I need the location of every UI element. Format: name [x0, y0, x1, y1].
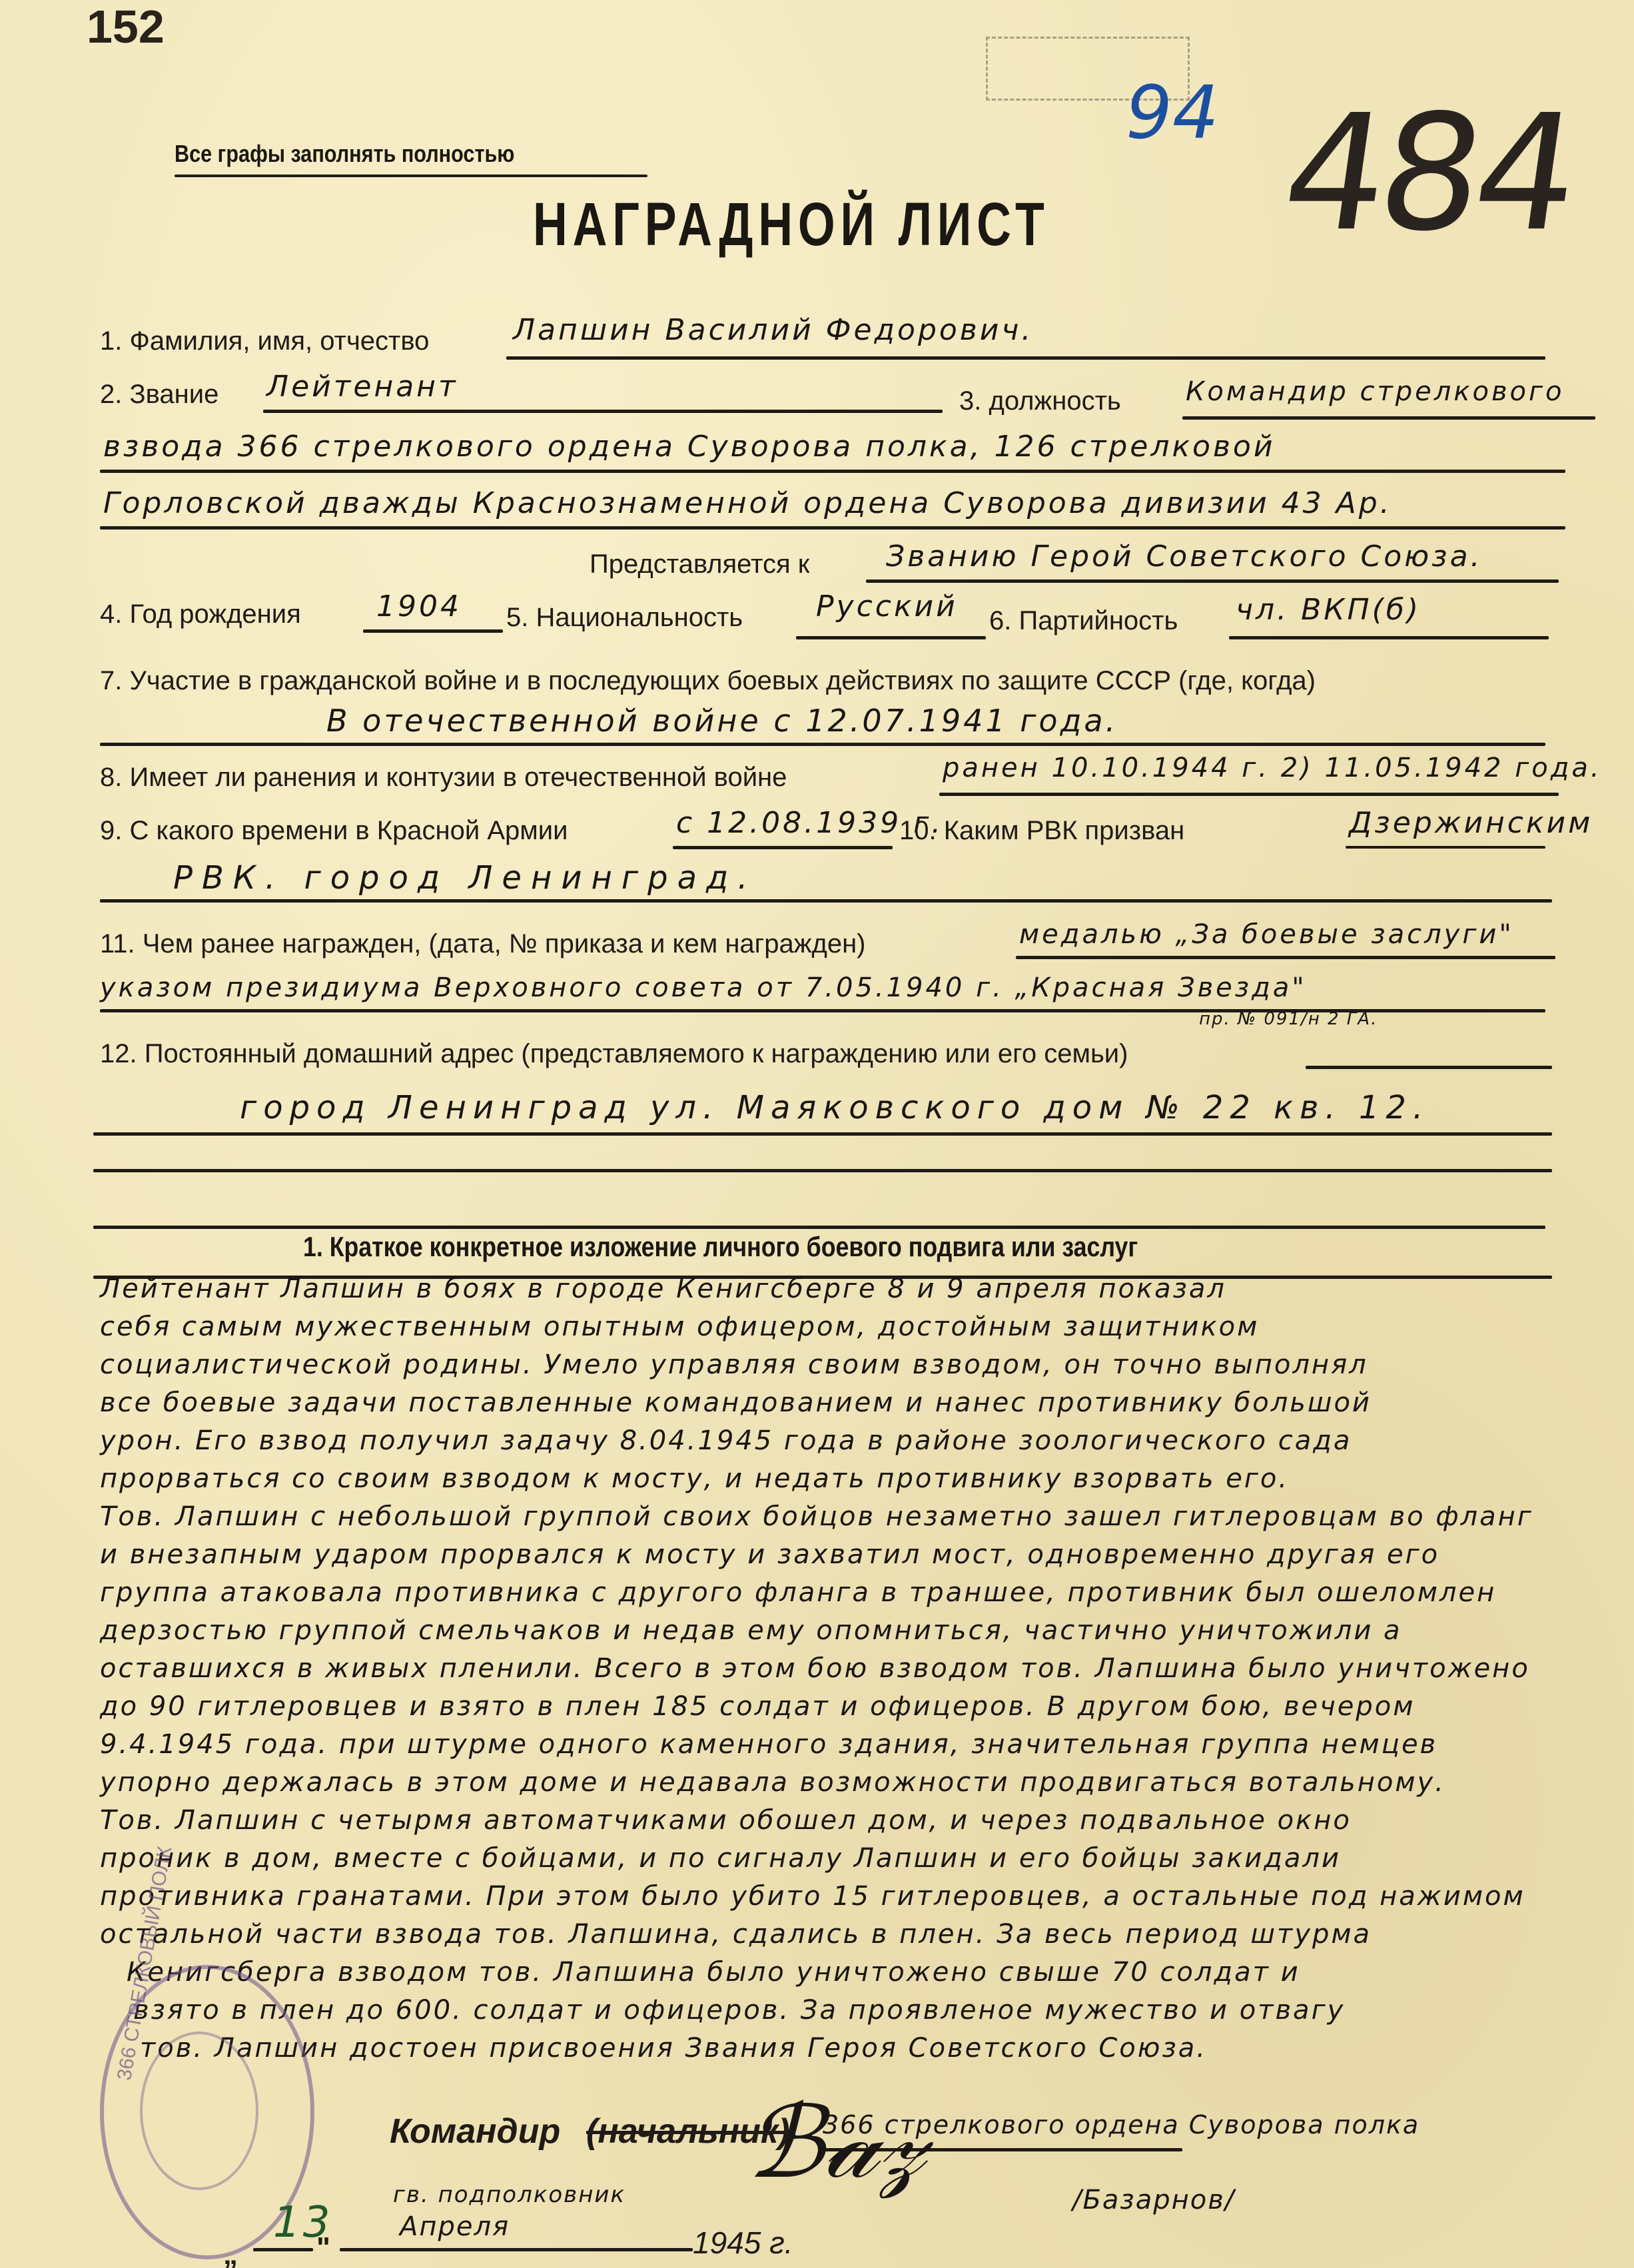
- body-line: социалистической родины. Умело управляя …: [100, 1349, 1565, 1387]
- field-10-line-2: [100, 899, 1552, 903]
- commander-label: Командир: [390, 2111, 560, 2151]
- field-1-label: 1. Фамилия, имя, отчество: [100, 326, 429, 356]
- field-3-value-3: Горловской дважды Краснознаменной ордена…: [103, 486, 1392, 520]
- unit-seal-inner-ring: [140, 2032, 258, 2190]
- field-11-label: 11. Чем ранее награжден, (дата, № приказ…: [100, 929, 866, 959]
- commander-rank: гв. подполковник: [393, 2181, 625, 2208]
- body-line: противника гранатами. При этом было убит…: [100, 1881, 1565, 1919]
- field-3-value-2: взвода 366 стрелкового ордена Суворова п…: [103, 430, 1275, 464]
- field-8-line: [939, 793, 1559, 796]
- body-line: Лейтенант Лапшин в боях в городе Кенигсб…: [100, 1274, 1565, 1312]
- commander-name: /Базарнов/: [1072, 2185, 1235, 2215]
- field-10-label: 10. Каким РВК призван: [899, 816, 1184, 846]
- section-top-rule: [93, 1226, 1545, 1229]
- field-4-line: [363, 629, 503, 633]
- body-line: взято в плен до 600. солдат и офицеров. …: [100, 1995, 1565, 2033]
- field-10-value-1: Дзержинским: [1349, 806, 1593, 840]
- field-4-label: 4. Год рождения: [100, 599, 301, 629]
- field-5-label: 5. Национальность: [506, 603, 743, 633]
- sheet-number: 152: [87, 0, 165, 53]
- field-6-label: 6. Партийность: [989, 606, 1178, 636]
- field-3-value-1: Командир стрелкового: [1186, 376, 1565, 407]
- field-6-value: чл. ВКП(б): [1236, 593, 1421, 627]
- blue-archive-number: 94: [1126, 70, 1219, 155]
- field-7-label: 7. Участие в гражданской войне и в после…: [100, 666, 1316, 696]
- field-12-label: 12. Постоянный домашний адрес (представл…: [100, 1039, 1128, 1069]
- field-3-line-3: [100, 526, 1565, 530]
- commander-signature: ℬ𝒶𝓏: [746, 2085, 926, 2203]
- field-9-line: [673, 846, 893, 849]
- field-12-line-3: [93, 1169, 1552, 1172]
- date-quote-open: „: [223, 2238, 238, 2268]
- handwritten-archive-number: 484: [1272, 80, 1583, 266]
- field-9-label: 9. С какого времени в Красной Армии: [100, 816, 568, 846]
- body-line: тов. Лапшин достоен присвоения Звания Ге…: [100, 2033, 1565, 2071]
- body-line: себя самым мужественным опытным офицером…: [100, 1312, 1565, 1349]
- field-12-line-1: [1306, 1066, 1552, 1069]
- body-line: до 90 гитлеровцев и взято в плен 185 сол…: [100, 1691, 1565, 1729]
- field-1-value: Лапшин Василий Федорович.: [513, 313, 1033, 347]
- body-line: Кенигсберга взводом тов. Лапшина было ун…: [100, 1957, 1565, 1995]
- body-line: проник в дом, вместе с бойцами, и по сиг…: [100, 1843, 1565, 1881]
- body-line: урон. Его взвод получил задачу 8.04.1945…: [100, 1425, 1565, 1463]
- date-quote-close: ": [316, 2231, 330, 2265]
- date-month-line: [340, 2248, 693, 2251]
- field-10-line-1: [1346, 846, 1545, 849]
- section-1-heading: 1. Краткое конкретное изложение личного …: [303, 1231, 1138, 1263]
- field-2-value: Лейтенант: [266, 370, 458, 404]
- body-line: 9.4.1945 года. при штурме одного каменно…: [100, 1729, 1565, 1767]
- date-month: Апреля: [400, 2211, 510, 2242]
- field-6-line: [1229, 636, 1549, 639]
- field-11-value-2: указом президиума Верховного совета от 7…: [100, 972, 1307, 1003]
- field-8-value: ранен 10.10.1944 г. 2) 11.05.1942 года.: [943, 753, 1602, 783]
- field-7-value: В отечественной войне с 12.07.1941 года.: [326, 703, 1118, 739]
- field-12-value: город Ленинград ул. Маяковского дом № 22…: [240, 1089, 1430, 1126]
- form-instruction: Все графы заполнять полностью: [175, 140, 514, 168]
- body-line: остальной части взвода тов. Лапшина, сда…: [100, 1919, 1565, 1957]
- form-title: НАГРАДНОЙ ЛИСТ: [533, 190, 1050, 260]
- field-5-line: [796, 636, 986, 639]
- body-line: Тов. Лапшин с четырмя автоматчиками обош…: [100, 1805, 1565, 1843]
- field-7-line: [100, 743, 1545, 746]
- nominated-label: Представляется к: [590, 550, 809, 579]
- body-line: группа атаковала противника с другого фл…: [100, 1577, 1565, 1615]
- field-5-value: Русский: [816, 589, 958, 623]
- field-10-value-2: РВК. город Ленинград.: [173, 859, 757, 897]
- field-8-label: 8. Имеет ли ранения и контузии в отечест…: [100, 763, 787, 793]
- nominated-value: Званию Герой Советского Союза.: [886, 540, 1483, 573]
- field-11-note: пр. № 091/н 2 ГА.: [1199, 1009, 1378, 1029]
- nominated-line: [866, 579, 1559, 583]
- date-year: 1945 г.: [693, 2225, 793, 2261]
- field-1-line: [506, 356, 1545, 360]
- field-4-value: 1904: [376, 589, 462, 623]
- field-3-line-1: [1182, 416, 1595, 420]
- instruction-underline: [175, 175, 647, 177]
- body-line: упорно держалась в этом доме и недавала …: [100, 1767, 1565, 1805]
- field-11-value-1: медалью „За боевые заслуги": [1019, 919, 1514, 950]
- date-day-line: [253, 2248, 313, 2251]
- field-11-line-1: [1016, 956, 1555, 959]
- body-line: дерзостью группой смельчаков и недав ему…: [100, 1615, 1565, 1653]
- body-line: Тов. Лапшин с небольшой группой своих бо…: [100, 1501, 1565, 1539]
- field-2-line: [263, 410, 943, 413]
- body-line: все боевые задачи поставленные командова…: [100, 1387, 1565, 1425]
- body-line: прорваться со своим взводом к мосту, и н…: [100, 1463, 1565, 1501]
- field-2-label: 2. Звание: [100, 380, 218, 410]
- section-1-body: Лейтенант Лапшин в боях в городе Кенигсб…: [100, 1274, 1565, 2071]
- field-3-label: 3. должность: [959, 386, 1121, 416]
- body-line: и внезапным ударом прорвался к мосту и з…: [100, 1539, 1565, 1577]
- field-12-line-2: [93, 1132, 1552, 1136]
- field-3-line-2: [100, 470, 1565, 473]
- body-line: оставшихся в живых пленили. Всего в этом…: [100, 1653, 1565, 1691]
